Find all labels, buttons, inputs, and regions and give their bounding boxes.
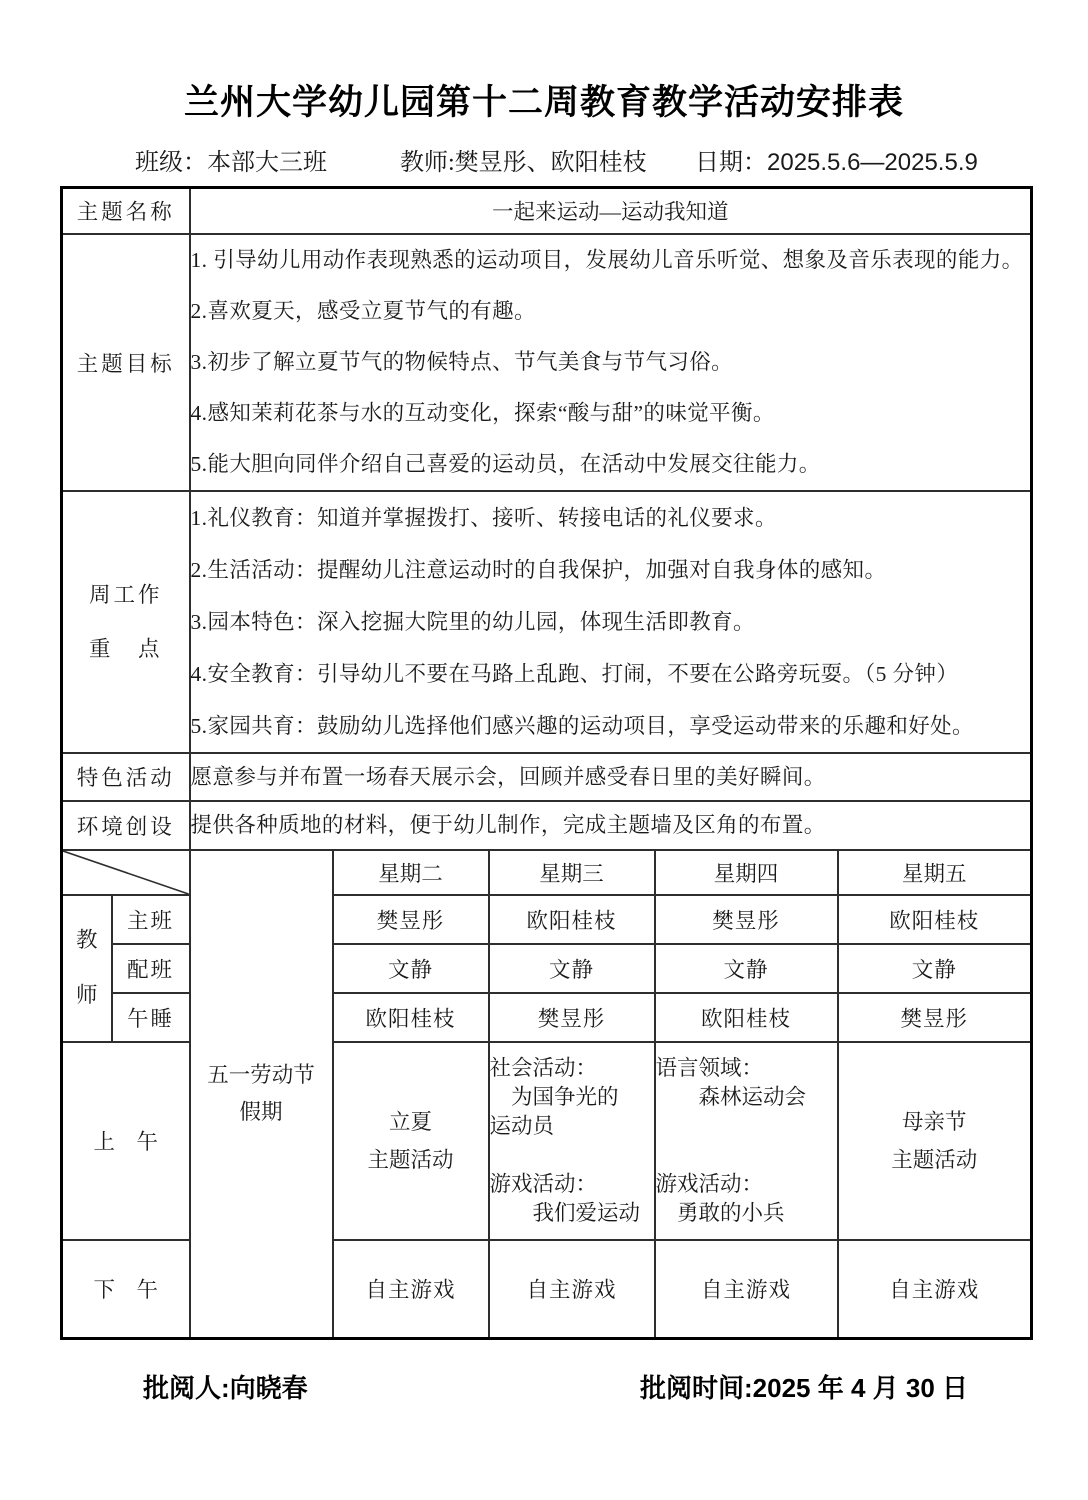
week-focus-label-line: 周工作: [63, 568, 189, 622]
morning-activity-friday: 母亲节 主题活动: [838, 1042, 1032, 1240]
teacher-group-char: 教: [63, 913, 111, 968]
theme-goal-item: 5.能大胆向同伴介绍自己喜爱的运动员，在活动中发展交往能力。: [191, 439, 1031, 490]
teacher-group-label: 教 师: [62, 895, 112, 1042]
special-activity-label: 特色活动: [62, 753, 190, 801]
teacher-name: 文静: [333, 944, 489, 993]
holiday-note-line: 假期: [191, 1094, 332, 1131]
theme-goals-row: 主题目标 1. 引导幼儿用动作表现熟悉的运动项目，发展幼儿音乐听觉、想象及音乐表…: [62, 234, 1032, 491]
day-header-friday: 星期五: [838, 850, 1032, 895]
teacher-name: 欧阳桂枝: [489, 895, 655, 944]
teacher-name: 樊昱彤: [333, 895, 489, 944]
footer: 批阅人:向晓春 批阅时间:2025 年 4 月 30 日: [0, 1368, 1088, 1408]
theme-goals-content: 1. 引导幼儿用动作表现熟悉的运动项目，发展幼儿音乐听觉、想象及音乐表现的能力。…: [190, 234, 1032, 491]
diagonal-line: [63, 851, 189, 894]
day-header-tuesday: 星期二: [333, 850, 489, 895]
environment-row: 环境创设 提供各种质地的材料，便于幼儿制作，完成主题墙及区角的布置。: [62, 801, 1032, 850]
meta-row: 班级：本部大三班 教师:樊昱彤、欧阳桂枝 日期：2025.5.6—2025.5.…: [0, 124, 1088, 186]
activity-line: 主题活动: [839, 1141, 1031, 1179]
activity-line: 森林运动会: [656, 1083, 837, 1112]
theme-goals-label: 主题目标: [62, 234, 190, 491]
afternoon-activity-friday: 自主游戏: [838, 1240, 1032, 1339]
day-header-wednesday: 星期三: [489, 850, 655, 895]
theme-goal-item: 1. 引导幼儿用动作表现熟悉的运动项目，发展幼儿音乐听觉、想象及音乐表现的能力。: [191, 235, 1031, 286]
environment-label: 环境创设: [62, 801, 190, 850]
reviewer-name: 批阅人:向晓春: [143, 1368, 308, 1405]
teacher-name: 文静: [489, 944, 655, 993]
theme-name-row: 主题名称 一起来运动—运动我知道: [62, 188, 1032, 234]
class-info: 班级：本部大三班: [135, 142, 327, 177]
morning-activity-thursday: 语言领域： 森林运动会 游戏活动： 勇敢的小兵: [655, 1042, 838, 1240]
environment-text: 提供各种质地的材料，便于幼儿制作，完成主题墙及区角的布置。: [191, 810, 1031, 840]
week-focus-label-line: 重 点: [63, 622, 189, 676]
morning-activity-tuesday: 立夏 主题活动: [333, 1042, 489, 1240]
teacher-name: 文静: [655, 944, 838, 993]
role-label-main: 主班: [112, 895, 190, 944]
activity-line: 勇敢的小兵: [656, 1199, 837, 1228]
role-label-assist: 配班: [112, 944, 190, 993]
special-activity-row: 特色活动 愿意参与并布置一场春天展示会，回顾并感受春日里的美好瞬间。: [62, 753, 1032, 801]
morning-label: 上 午: [62, 1042, 190, 1240]
afternoon-activity-thursday: 自主游戏: [655, 1240, 838, 1339]
week-focus-row: 周工作 重 点 1.礼仪教育：知道并掌握拨打、接听、转接电话的礼仪要求。 2.生…: [62, 491, 1032, 753]
afternoon-activity-tuesday: 自主游戏: [333, 1240, 489, 1339]
document-page: 兰州大学幼儿园第十二周教育教学活动安排表 班级：本部大三班 教师:樊昱彤、欧阳桂…: [0, 0, 1088, 1500]
activity-line: 为国争光的: [490, 1083, 654, 1112]
activity-line: 游戏活动：: [490, 1170, 654, 1199]
special-activity-content: 愿意参与并布置一场春天展示会，回顾并感受春日里的美好瞬间。: [190, 753, 1032, 801]
theme-name-label: 主题名称: [62, 188, 190, 234]
day-header-thursday: 星期四: [655, 850, 838, 895]
week-focus-content: 1.礼仪教育：知道并掌握拨打、接听、转接电话的礼仪要求。 2.生活活动：提醒幼儿…: [190, 491, 1032, 753]
theme-goal-item: 2.喜欢夏天，感受立夏节气的有趣。: [191, 286, 1031, 337]
activity-line: [656, 1141, 837, 1170]
teacher-name: 樊昱彤: [655, 895, 838, 944]
teacher-group-char: 师: [63, 968, 111, 1023]
date-info: 日期：2025.5.6—2025.5.9: [695, 142, 978, 177]
weekly-schedule-table: 主题名称 一起来运动—运动我知道 主题目标 1. 引导幼儿用动作表现熟悉的运动项…: [60, 186, 1033, 1340]
holiday-note-line: 五一劳动节: [191, 1057, 332, 1094]
role-label-nap: 午睡: [112, 993, 190, 1042]
activity-line: 立夏: [334, 1103, 488, 1141]
special-activity-text: 愿意参与并布置一场春天展示会，回顾并感受春日里的美好瞬间。: [191, 762, 1031, 792]
day-header-row: 五一劳动节 假期 星期二 星期三 星期四 星期五: [62, 850, 1032, 895]
activity-line: 母亲节: [839, 1103, 1031, 1141]
week-focus-item: 1.礼仪教育：知道并掌握拨打、接听、转接电话的礼仪要求。: [191, 492, 1031, 544]
week-focus-item: 4.安全教育：引导幼儿不要在马路上乱跑、打闹，不要在公路旁玩耍。（5 分钟）: [191, 648, 1031, 700]
diagonal-cell: [62, 850, 190, 895]
afternoon-activity-wednesday: 自主游戏: [489, 1240, 655, 1339]
teacher-name: 欧阳桂枝: [333, 993, 489, 1042]
week-focus-item: 5.家园共育：鼓励幼儿选择他们感兴趣的运动项目，享受运动带来的乐趣和好处。: [191, 700, 1031, 752]
week-focus-item: 2.生活活动：提醒幼儿注意运动时的自我保护，加强对自我身体的感知。: [191, 544, 1031, 596]
page-title: 兰州大学幼儿园第十二周教育教学活动安排表: [0, 0, 1088, 124]
activity-line: 运动员: [490, 1112, 654, 1141]
week-focus-item: 3.园本特色：深入挖掘大院里的幼儿园，体现生活即教育。: [191, 596, 1031, 648]
theme-goal-item: 4.感知茉莉花茶与水的互动变化，探索“酸与甜”的味觉平衡。: [191, 388, 1031, 439]
theme-goal-item: 3.初步了解立夏节气的物候特点、节气美食与节气习俗。: [191, 337, 1031, 388]
activity-line: 游戏活动：: [656, 1170, 837, 1199]
activity-line: [656, 1112, 837, 1141]
week-focus-label: 周工作 重 点: [62, 491, 190, 753]
theme-name-value: 一起来运动—运动我知道: [190, 188, 1032, 234]
teacher-name: 樊昱彤: [838, 993, 1032, 1042]
teacher-name: 欧阳桂枝: [838, 895, 1032, 944]
environment-content: 提供各种质地的材料，便于幼儿制作，完成主题墙及区角的布置。: [190, 801, 1032, 850]
holiday-cell: 五一劳动节 假期: [190, 850, 333, 1339]
teacher-name: 欧阳桂枝: [655, 993, 838, 1042]
review-time: 批阅时间:2025 年 4 月 30 日: [640, 1368, 968, 1405]
activity-line: 语言领域：: [656, 1054, 837, 1083]
teachers-info: 教师:樊昱彤、欧阳桂枝: [400, 142, 647, 177]
afternoon-label: 下 午: [62, 1240, 190, 1339]
teacher-name: 文静: [838, 944, 1032, 993]
teacher-name: 樊昱彤: [489, 993, 655, 1042]
activity-line: 社会活动：: [490, 1054, 654, 1083]
activity-line: 我们爱运动: [490, 1199, 654, 1228]
activity-line: 主题活动: [334, 1141, 488, 1179]
morning-activity-wednesday: 社会活动： 为国争光的 运动员 游戏活动： 我们爱运动: [489, 1042, 655, 1240]
activity-line: [490, 1141, 654, 1170]
